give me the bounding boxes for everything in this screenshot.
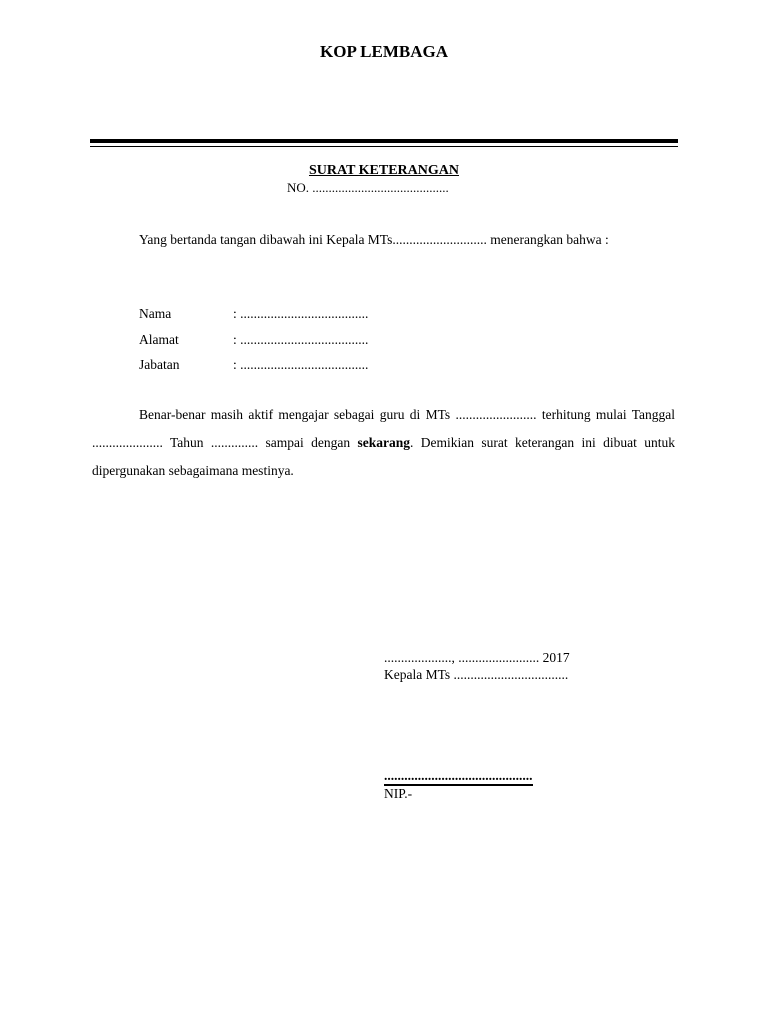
letter-number: NO. ....................................… [287,180,449,196]
field-value-nama: : ...................................... [233,306,368,322]
signature-place-date: ...................., ..................… [384,650,570,666]
letterhead-divider-thick [90,139,678,143]
signature-nip: NIP.- [384,786,412,802]
body-paragraph: Benar-benar masih aktif mengajar sebagai… [92,401,675,485]
letter-title: SURAT KETERANGAN [0,163,768,179]
body-text-bold: sekarang [357,435,410,450]
field-label-alamat: Alamat [139,332,179,348]
signature-position: Kepala MTs .............................… [384,667,568,683]
field-value-alamat: : ...................................... [233,332,368,348]
letter-title-text: SURAT KETERANGAN [309,163,459,178]
field-label-nama: Nama [139,306,171,322]
field-value-jabatan: : ...................................... [233,357,368,373]
letterhead-divider-thin [90,146,678,147]
institution-letterhead: KOP LEMBAGA [0,42,768,62]
intro-paragraph: Yang bertanda tangan dibawah ini Kepala … [92,226,675,254]
signature-name: ........................................… [384,768,533,786]
field-label-jabatan: Jabatan [139,357,179,373]
